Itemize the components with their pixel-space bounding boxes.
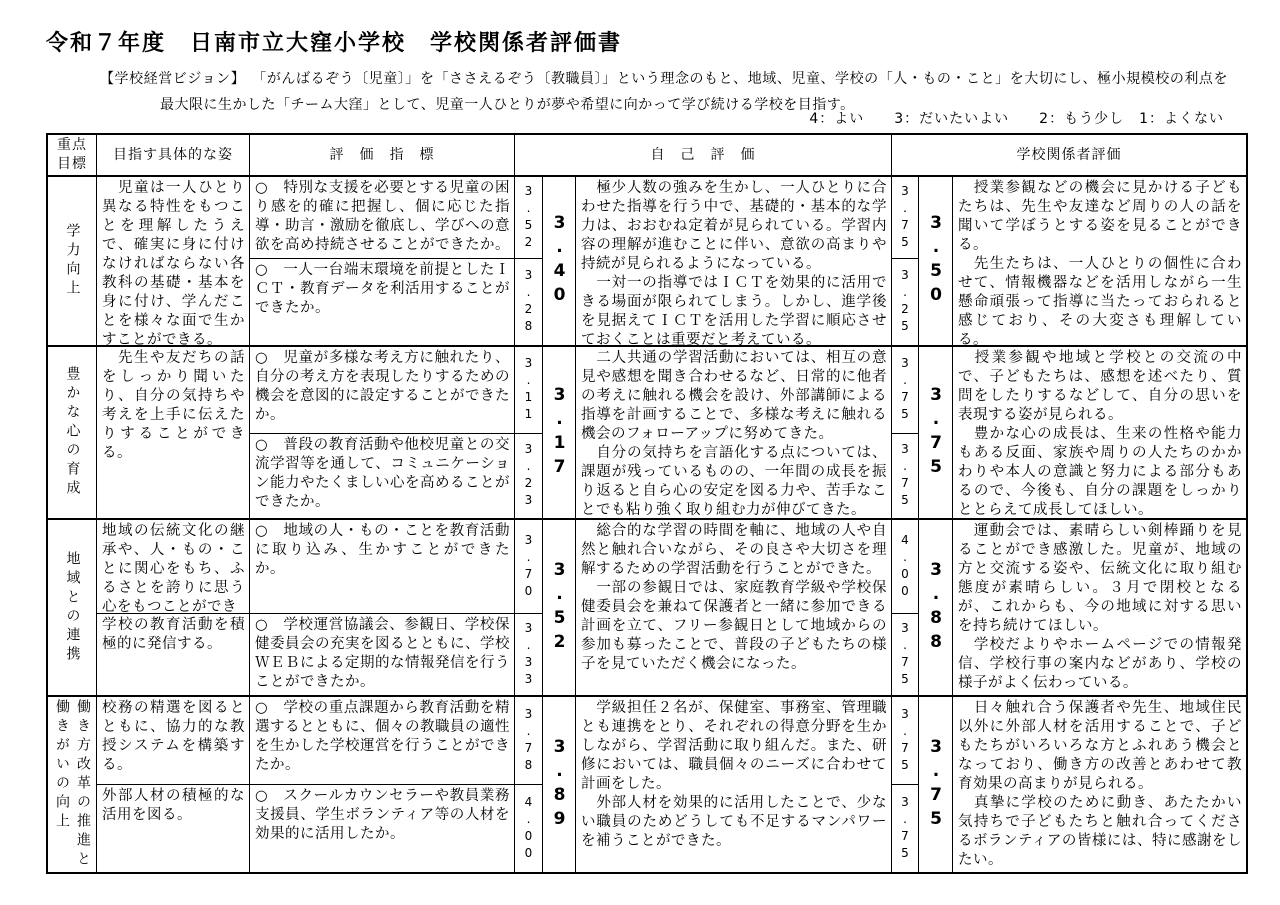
page-title: 令和７年度 日南市立大窪小学校 学校関係者評価書 xyxy=(46,26,622,57)
indicator-cell: ○ 児童が多様な考え方に触れたり、自分の考え方を表現したりするための機会を意図的… xyxy=(250,347,515,434)
related-average: 3.88 xyxy=(927,560,944,656)
goal-label: 豊かな心の育成 xyxy=(62,366,83,499)
indicator-cell: ○ 普段の教育活動や他校児童との交流学習等を通して、コミュニケーション能力やたく… xyxy=(250,434,515,520)
related-score: 3.75 xyxy=(899,621,911,689)
related-average-cell: 3.88 xyxy=(919,520,953,697)
related-average-cell: 3.75 xyxy=(919,697,953,872)
related-average-cell: 3.75 xyxy=(919,347,953,520)
related-score-cell: 3.75 xyxy=(892,697,919,785)
header-self-evaluation: 自 己 評 価 xyxy=(515,135,892,177)
evaluation-table: 重点 目標 目指す具体的な姿 評 価 指 標 自 己 評 価 学校関係者評価 学… xyxy=(46,133,1248,874)
self-average: 3.17 xyxy=(551,385,568,481)
self-score-cell: 3.33 xyxy=(515,614,543,697)
goal-cell: 働き方改革の推進と 働きがいの向上 xyxy=(48,697,97,872)
goal-label: 地域との連携 xyxy=(62,551,83,665)
stance-cell: 先生や友だちの話をしっかり聞いたり、自分の気持ちや考えを上手に伝えたりすることが… xyxy=(97,347,250,520)
self-average-cell: 3.89 xyxy=(543,697,576,872)
indicator-cell: ○ 地域の人・もの・ことを教育活動に取り込み、生かすことができたか。 xyxy=(250,520,515,614)
related-average-cell: 3.50 xyxy=(919,177,953,347)
related-average: 3.75 xyxy=(927,737,944,833)
goal-label: 働き方改革の推進と 働きがいの向上 xyxy=(51,699,93,870)
self-average: 3.52 xyxy=(551,560,568,656)
header-priority-goal: 重点 目標 xyxy=(48,135,97,177)
self-score: 3.28 xyxy=(523,268,535,336)
indicator-cell: ○ 学校の重点課題から教育活動を精選するとともに、個々の教職員の適性を生かした学… xyxy=(250,697,515,785)
related-average: 3.50 xyxy=(927,213,944,309)
related-comment-cell: 運動会では、素晴らしい剣棒踊りを見ることができ感激した。児童が、地域の方と交流す… xyxy=(953,520,1246,697)
indicator-cell: ○ 一人一台端末環境を前提としたＩＣＴ・教育データを利活用することができたか。 xyxy=(250,259,515,347)
self-average-cell: 3.17 xyxy=(543,347,576,520)
self-average: 3.89 xyxy=(551,737,568,833)
header-evaluation-indicator: 評 価 指 標 xyxy=(250,135,515,177)
related-score: 4.00 xyxy=(899,533,911,601)
goal-cell: 豊かな心の育成 xyxy=(48,347,97,520)
related-score: 3.75 xyxy=(899,707,911,775)
self-score-cell: 3.78 xyxy=(515,697,543,785)
related-comment-cell: 日々触れ合う保護者や先生、地域住民以外に外部人材を活用することで、子どもたちがい… xyxy=(953,697,1246,872)
goal-cell: 学力向上 xyxy=(48,177,97,347)
indicator-cell: ○ 学校運営協議会、参観日、学校保健委員会の充実を図るとともに、学校ＷＥＢによる… xyxy=(250,614,515,697)
stance-cell: 地域の伝統文化の継承や、人・もの・ことに関心をもち、ふるさとを誇りに思う心をもつ… xyxy=(97,520,250,614)
self-average-cell: 3.40 xyxy=(543,177,576,347)
self-score-cell: 3.52 xyxy=(515,177,543,259)
vision-text: 「がんばるぞう〔児童〕」を「ささえるぞう〔教職員〕」という理念のもと、地域、児童… xyxy=(160,71,1228,113)
self-score-cell: 3.23 xyxy=(515,434,543,520)
self-score: 3.23 xyxy=(523,442,535,510)
related-score: 3.75 xyxy=(899,184,911,252)
self-score-cell: 3.70 xyxy=(515,520,543,614)
self-score: 3.52 xyxy=(523,184,535,252)
self-score: 3.78 xyxy=(523,707,535,775)
self-comment-cell: 総合的な学習の時間を軸に、地域の人や自然と触れ合いながら、その良さや大切さを理解… xyxy=(576,520,892,697)
stance-cell: 児童は一人ひとり異なる特性をもつことを理解したうえで、確実に身に付けなければなら… xyxy=(97,177,250,347)
indicator-cell: ○ 特別な支援を必要とする児童の困り感を的確に把握し、個に応じた指導・助言・激励… xyxy=(250,177,515,259)
self-score: 3.11 xyxy=(523,356,535,424)
related-comment-cell: 授業参観などの機会に見かける子どもたちは、先生や友達など周りの人の話を聞いて学ぼ… xyxy=(953,177,1246,347)
self-score: 3.70 xyxy=(523,533,535,601)
related-score: 3.75 xyxy=(899,442,911,510)
document-page: 令和７年度 日南市立大窪小学校 学校関係者評価書 【学校経営ビジョン】「がんばる… xyxy=(0,0,1280,905)
goal-label: 学力向上 xyxy=(62,223,83,299)
related-score-cell: 3.75 xyxy=(892,785,919,872)
related-average: 3.75 xyxy=(927,385,944,481)
rating-scale-legend: 4：よい 3：だいたいよい 2：もう少し 1：よくない xyxy=(809,108,1224,128)
goal-cell: 地域との連携 xyxy=(48,520,97,697)
self-comment-cell: 極少人数の強みを生かし、一人ひとりに合わせた指導を行う中で、基礎的・基本的な学力… xyxy=(576,177,892,347)
stance-cell: 校務の精選を図るとともに、協力的な教授システムを構築する。 xyxy=(97,697,250,785)
self-comment-cell: 学級担任２名が、保健室、事務室、管理職とも連携をとり、それぞれの得意分野を生かし… xyxy=(576,697,892,872)
indicator-cell: ○ スクールカウンセラーや教員業務支援員、学生ボランティア等の人材を効果的に活用… xyxy=(250,785,515,872)
related-score: 3.75 xyxy=(899,356,911,424)
related-comment-cell: 授業参観や地域と学校との交流の中で、子どもたちは、感想を述べたり、質問をしたりす… xyxy=(953,347,1246,520)
self-score: 3.33 xyxy=(523,621,535,689)
header-related-evaluation: 学校関係者評価 xyxy=(892,135,1246,177)
related-score: 3.25 xyxy=(899,268,911,336)
self-score-cell: 4.00 xyxy=(515,785,543,872)
self-score-cell: 3.28 xyxy=(515,259,543,347)
stance-cell: 外部人材の積極的な活用を図る。 xyxy=(97,785,250,872)
related-score-cell: 3.75 xyxy=(892,614,919,697)
related-score-cell: 3.75 xyxy=(892,177,919,259)
self-average: 3.40 xyxy=(551,213,568,309)
self-average-cell: 3.52 xyxy=(543,520,576,697)
related-score-cell: 3.75 xyxy=(892,347,919,434)
related-score-cell: 3.25 xyxy=(892,259,919,347)
self-comment-cell: 二人共通の学習活動においては、相互の意見や感想を聞き合わせるなど、日常的に他者の… xyxy=(576,347,892,520)
stance-cell: 学校の教育活動を積極的に発信する。 xyxy=(97,614,250,697)
self-score-cell: 3.11 xyxy=(515,347,543,434)
self-score: 4.00 xyxy=(523,795,535,863)
header-target-stance: 目指す具体的な姿 xyxy=(97,135,250,177)
related-score-cell: 3.75 xyxy=(892,434,919,520)
related-score-cell: 4.00 xyxy=(892,520,919,614)
related-score: 3.75 xyxy=(899,795,911,863)
vision-label: 【学校経営ビジョン】 xyxy=(100,71,259,87)
